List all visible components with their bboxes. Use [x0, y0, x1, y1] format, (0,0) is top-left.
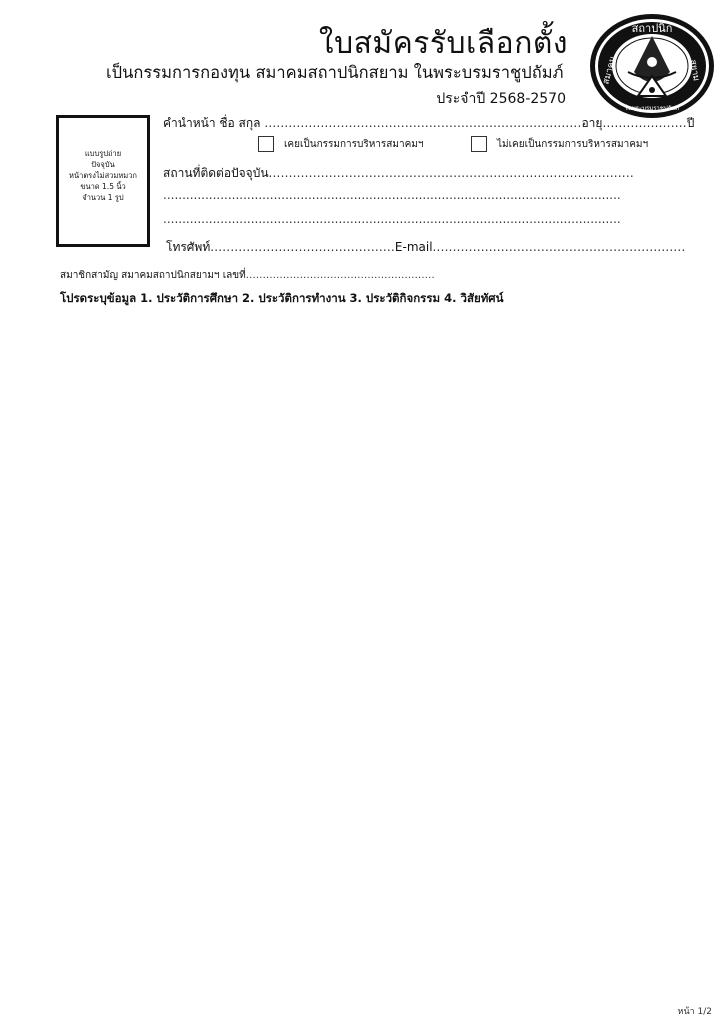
- checkbox-never-row[interactable]: ไม่เคยเป็นกรรมการบริหารสมาคมฯ: [471, 136, 648, 152]
- photo-placeholder[interactable]: แบบรูปถ่าย ปัจจุบัน หน้าตรงไม่สวมหมวก ขน…: [56, 115, 150, 247]
- form-subtitle: เป็นกรรมการกองทุน สมาคมสถาปนิกสยาม ในพระ…: [106, 60, 563, 86]
- checkbox-former[interactable]: [258, 136, 274, 152]
- page-number: หน้า 1/2: [678, 1004, 712, 1018]
- photo-instruction: ปัจจุบัน: [91, 159, 114, 170]
- name-field[interactable]: ........................................…: [264, 116, 581, 130]
- age-field[interactable]: .....................: [602, 116, 686, 130]
- address-line-3[interactable]: ........................................…: [163, 212, 621, 226]
- name-row: คำนำหน้า ชื่อ สกุล .....................…: [163, 114, 694, 133]
- member-label: สมาชิกสามัญ สมาคมสถาปนิกสยามฯ เลขที่: [60, 270, 246, 281]
- age-unit: ปี: [687, 116, 695, 130]
- address-field[interactable]: ........................................…: [269, 166, 634, 180]
- svg-text:สถาปนิก: สถาปนิก: [632, 22, 673, 35]
- photo-instruction: หน้าตรงไม่สวมหมวก: [69, 170, 137, 181]
- photo-instruction: แบบรูปถ่าย: [85, 148, 121, 159]
- instructions: โปรดระบุข้อมูล 1. ประวัติการศึกษา 2. ประ…: [60, 290, 503, 308]
- svg-text:ในพระบรมราชูปถัมภ์: ในพระบรมราชูปถัมภ์: [625, 104, 679, 112]
- contact-row: โทรศัพท์................................…: [166, 238, 685, 257]
- address-row: สถานที่ติดต่อปัจจุบัน...................…: [163, 164, 634, 183]
- member-number-field[interactable]: ........................................…: [246, 270, 435, 281]
- age-label: อายุ: [581, 116, 602, 130]
- photo-instruction: จำนวน 1 รูป: [82, 192, 123, 203]
- address-line-2[interactable]: ........................................…: [163, 188, 621, 202]
- address-label: สถานที่ติดต่อปัจจุบัน: [163, 166, 269, 180]
- checkbox-never[interactable]: [471, 136, 487, 152]
- form-year: ประจำปี 2568-2570: [436, 88, 566, 110]
- phone-field[interactable]: ........................................…: [210, 240, 395, 254]
- checkbox-former-label: เคยเป็นกรรมการบริหารสมาคมฯ: [284, 139, 424, 150]
- email-field[interactable]: ........................................…: [433, 240, 686, 254]
- phone-label: โทรศัพท์: [166, 240, 210, 254]
- association-emblem-icon: สถาปนิก สมาคม สยาม ในพระบรมราชูปถัมภ์: [588, 12, 716, 120]
- email-label: E-mail: [395, 240, 433, 254]
- checkbox-former-row[interactable]: เคยเป็นกรรมการบริหารสมาคมฯ: [258, 136, 424, 152]
- member-row: สมาชิกสามัญ สมาคมสถาปนิกสยามฯ เลขที่....…: [60, 268, 435, 283]
- checkbox-never-label: ไม่เคยเป็นกรรมการบริหารสมาคมฯ: [497, 139, 648, 150]
- photo-instruction: ขนาด 1.5 นิ้ว: [80, 181, 125, 192]
- name-label: คำนำหน้า ชื่อ สกุล: [163, 116, 260, 130]
